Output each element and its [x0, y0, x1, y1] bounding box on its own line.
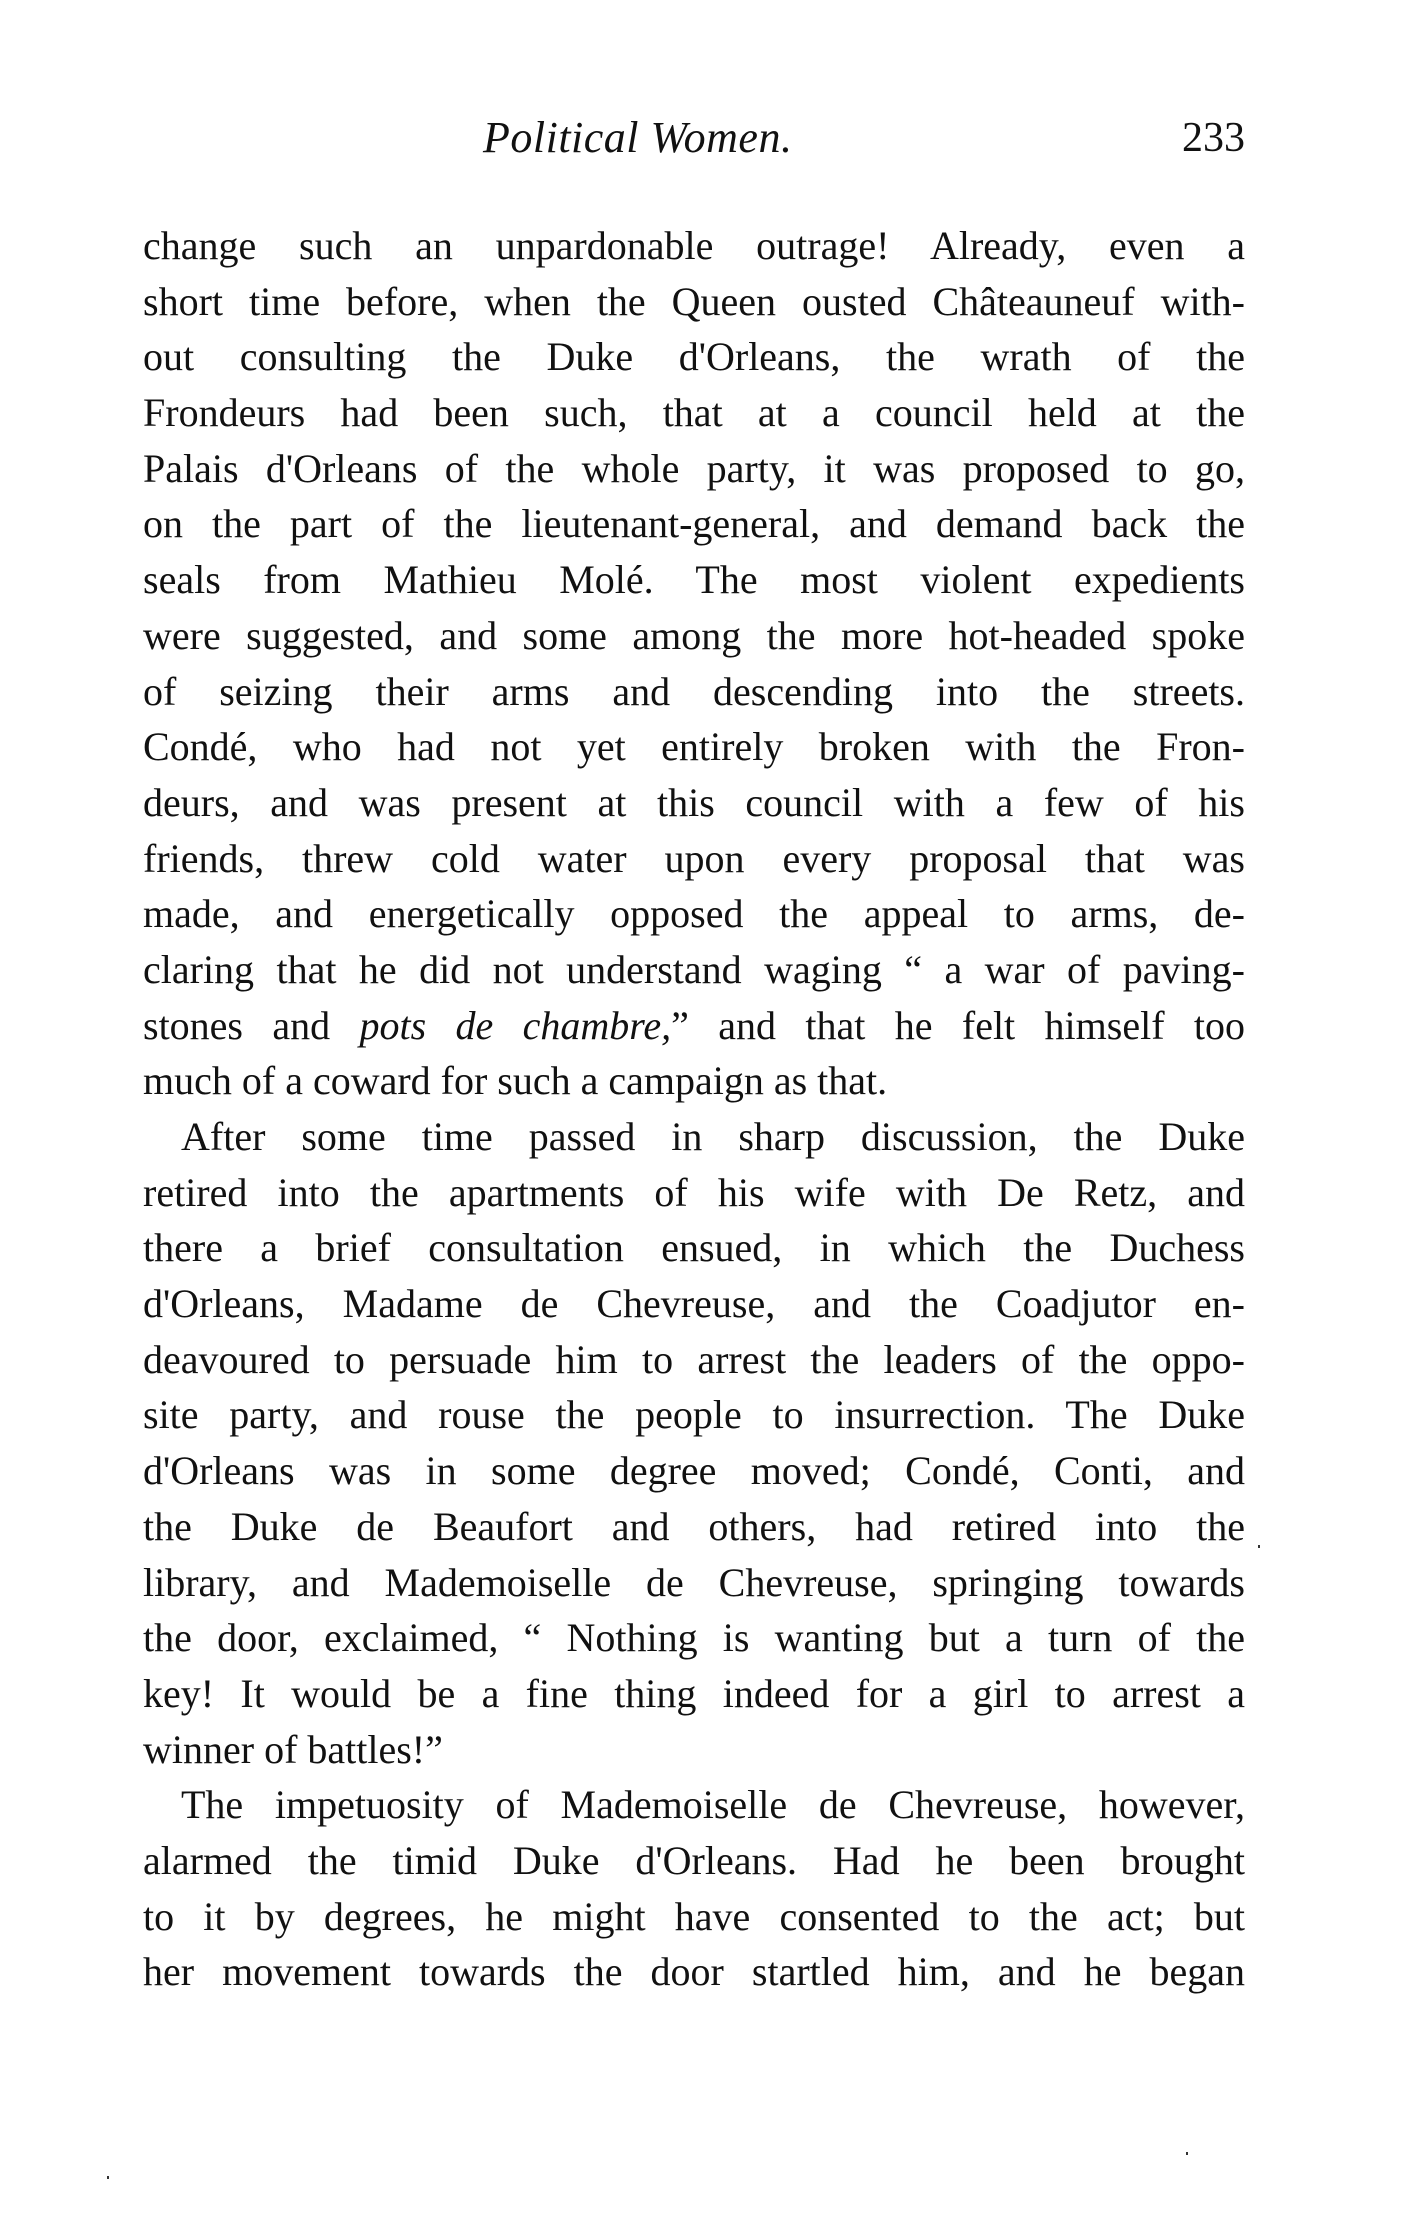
text-run: ” and that he felt himself too — [671, 1003, 1245, 1048]
text-line: alarmed the timid Duke d'Orleans. Had he… — [143, 1833, 1245, 1889]
text-line: of seizing their arms and descending int… — [143, 664, 1245, 720]
book-page: Political Women. 233 change such an unpa… — [0, 0, 1402, 2228]
text-line: retired into the apartments of his wife … — [143, 1165, 1245, 1221]
text-line: site party, and rouse the people to insu… — [143, 1387, 1245, 1443]
text-line: to it by degrees, he might have consente… — [143, 1889, 1245, 1945]
text-line: there a brief consultation ensued, in wh… — [143, 1220, 1245, 1276]
running-head: Political Women. 233 — [143, 112, 1245, 172]
body-text: change such an unpardonable outrage! Alr… — [143, 218, 1245, 2000]
text-run: stones and — [143, 1003, 360, 1048]
text-line: key! It would be a fine thing indeed for… — [143, 1666, 1245, 1722]
scan-speck — [1258, 1545, 1260, 1548]
text-line: stones and pots de chambre,” and that he… — [143, 998, 1245, 1054]
running-head-title: Political Women. — [483, 112, 792, 163]
text-line: out consulting the Duke d'Orleans, the w… — [143, 329, 1245, 385]
text-line: d'Orleans, Madame de Chevreuse, and the … — [143, 1276, 1245, 1332]
text-line: short time before, when the Queen ousted… — [143, 274, 1245, 330]
text-line: claring that he did not understand wagin… — [143, 942, 1245, 998]
text-line: library, and Mademoiselle de Chevreuse, … — [143, 1555, 1245, 1611]
text-line: made, and energetically opposed the appe… — [143, 886, 1245, 942]
italic-phrase: pots de chambre, — [360, 1003, 672, 1048]
text-line: The impetuosity of Mademoiselle de Chevr… — [143, 1777, 1245, 1833]
text-line: were suggested, and some among the more … — [143, 608, 1245, 664]
text-line: her movement towards the door startled h… — [143, 1944, 1245, 2000]
scan-speck — [107, 2176, 109, 2179]
page-number: 233 — [1182, 114, 1245, 162]
text-line: Frondeurs had been such, that at a counc… — [143, 385, 1245, 441]
text-line: deavoured to persuade him to arrest the … — [143, 1332, 1245, 1388]
text-line: the Duke de Beaufort and others, had ret… — [143, 1499, 1245, 1555]
text-line: winner of battles!” — [143, 1722, 1245, 1778]
text-line: change such an unpardonable outrage! Alr… — [143, 218, 1245, 274]
scan-speck — [1186, 2152, 1188, 2155]
text-line: on the part of the lieutenant-general, a… — [143, 496, 1245, 552]
text-line: Condé, who had not yet entirely broken w… — [143, 719, 1245, 775]
text-line: the door, exclaimed, “ Nothing is wantin… — [143, 1610, 1245, 1666]
text-line: friends, threw cold water upon every pro… — [143, 831, 1245, 887]
text-line: After some time passed in sharp discussi… — [143, 1109, 1245, 1165]
text-line: deurs, and was present at this council w… — [143, 775, 1245, 831]
text-line: much of a coward for such a campaign as … — [143, 1053, 1245, 1109]
text-line: seals from Mathieu Molé. The most violen… — [143, 552, 1245, 608]
text-line: Palais d'Orleans of the whole party, it … — [143, 441, 1245, 497]
text-line: d'Orleans was in some degree moved; Cond… — [143, 1443, 1245, 1499]
